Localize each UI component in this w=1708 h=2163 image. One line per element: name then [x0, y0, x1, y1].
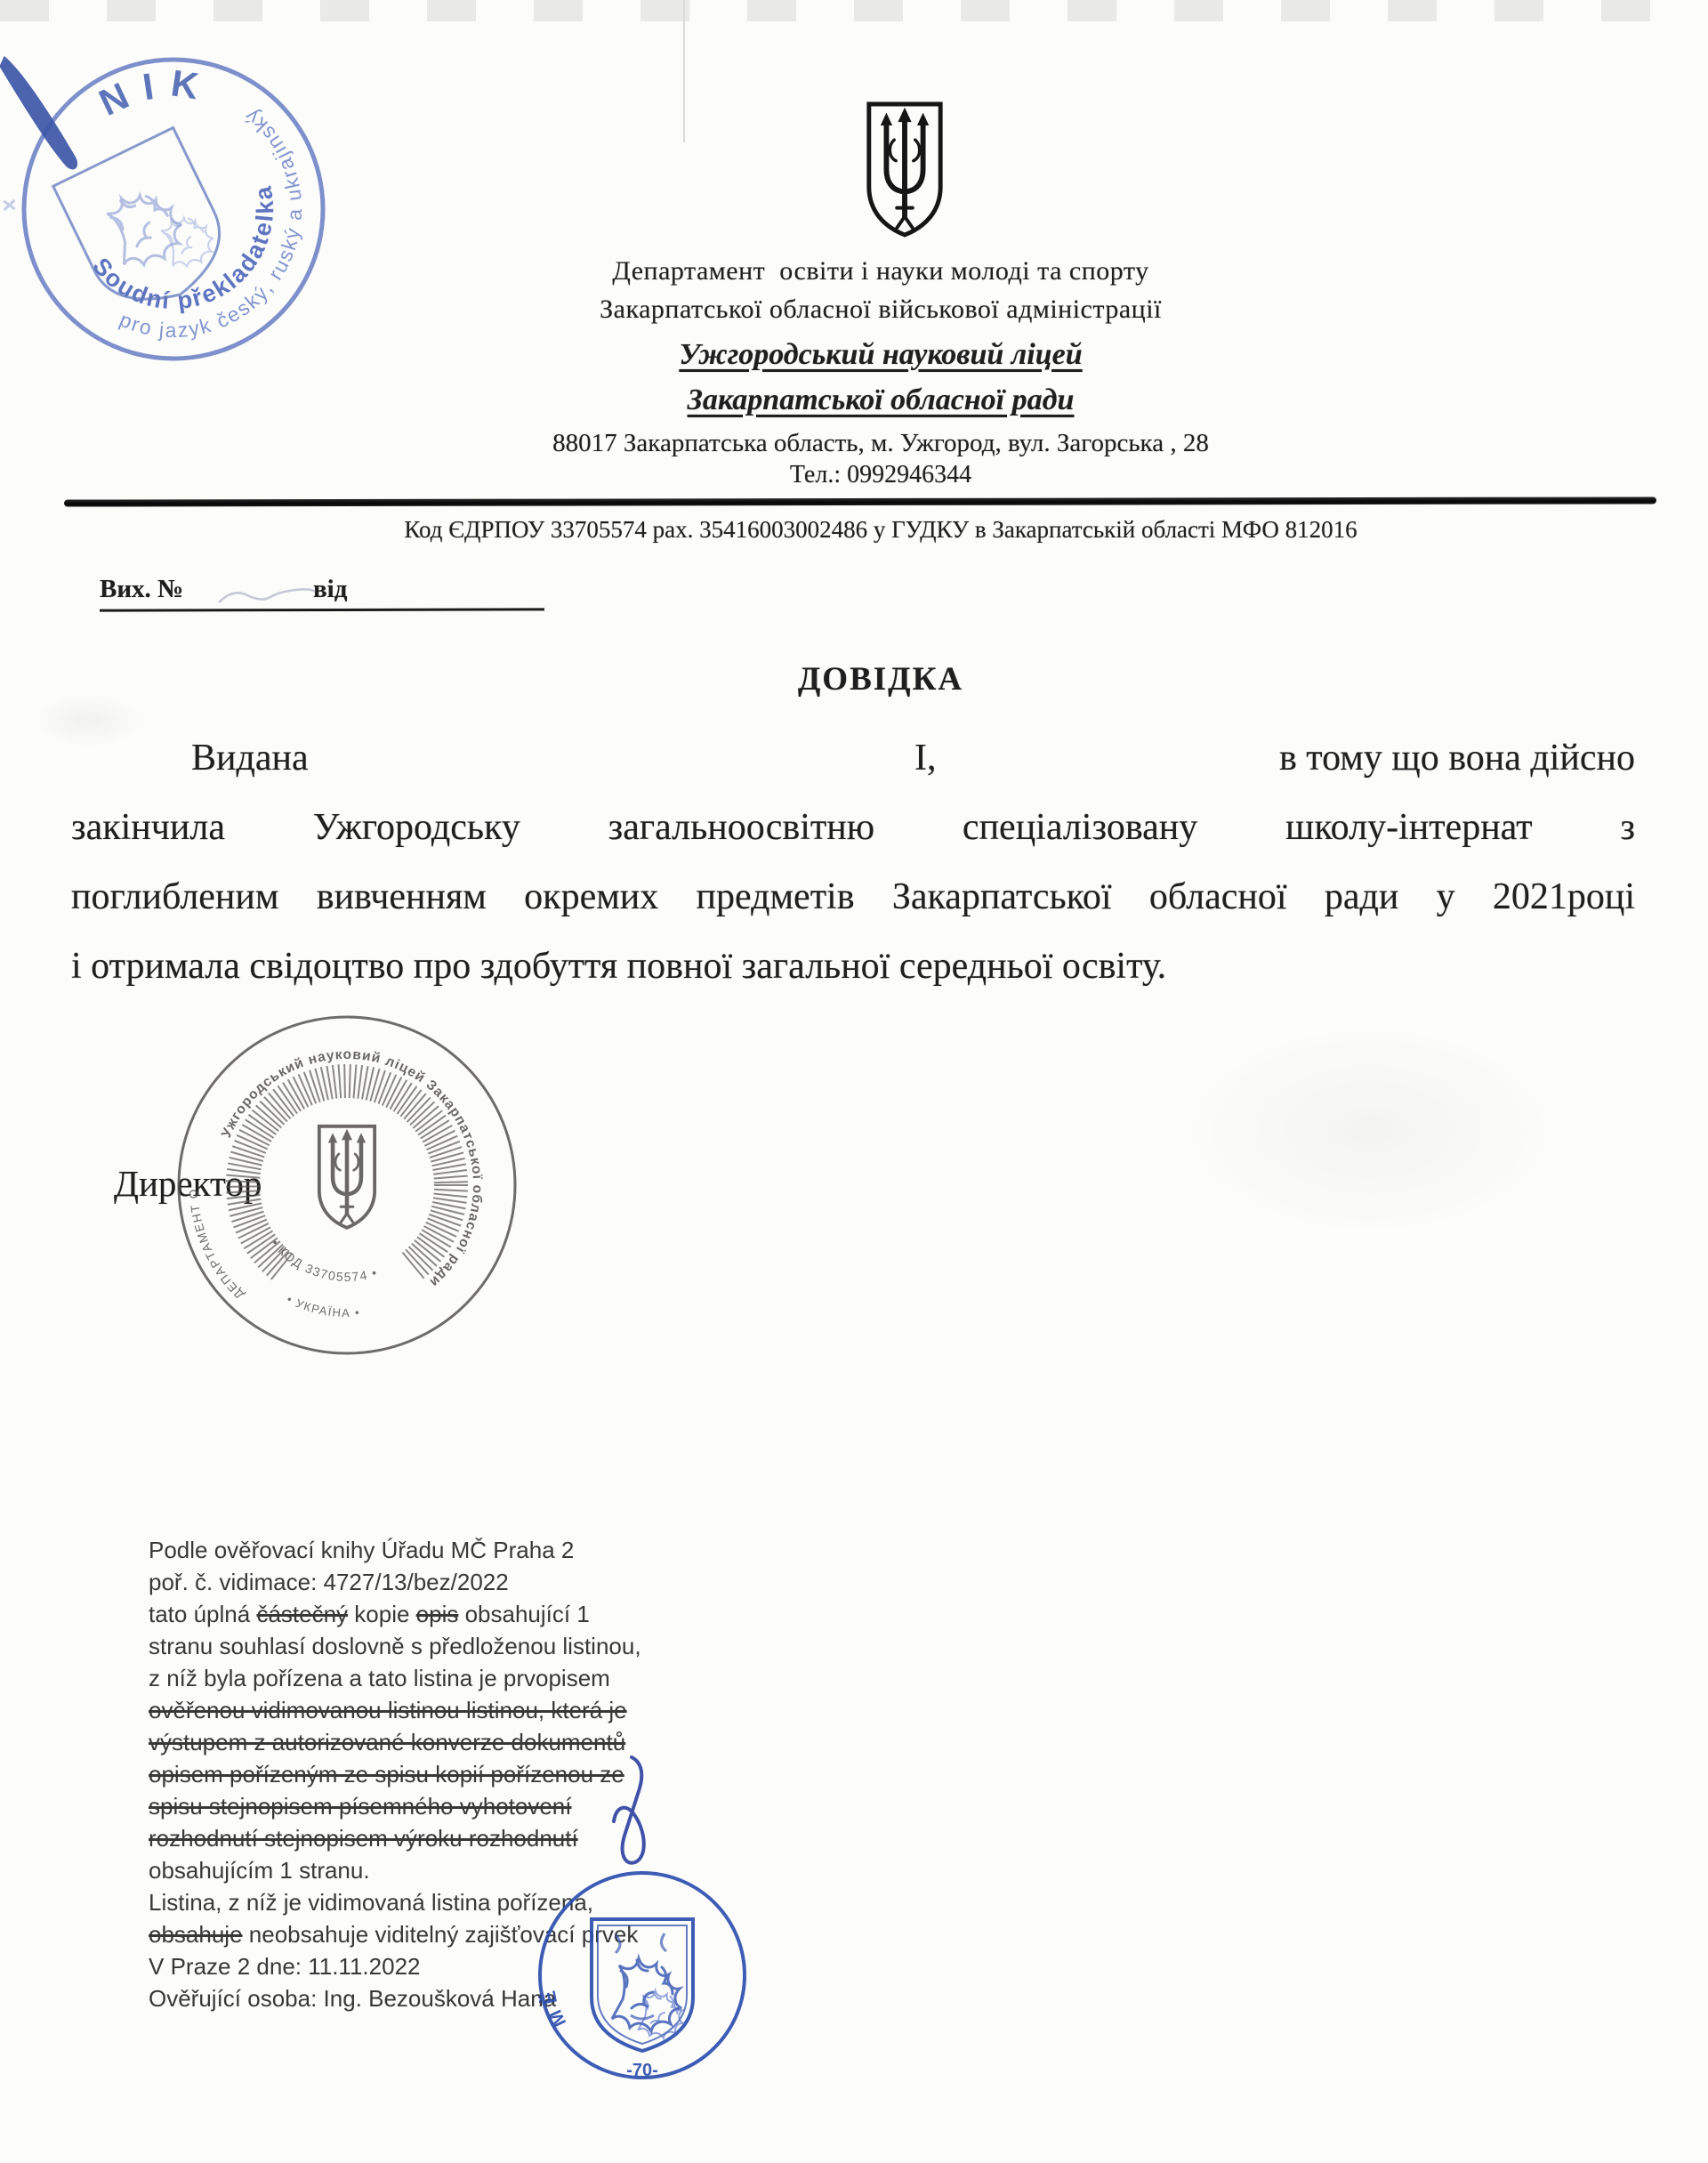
body-line-3: поглибленим вивченням окремих предметів …	[71, 876, 1635, 918]
vidimace-text: z níž byla pořízena a tato listina je pr…	[149, 1665, 610, 1691]
vidimace-line-6: ověřenou vidimovanou listinou listinou, …	[149, 1694, 718, 1726]
paper-crease	[683, 0, 685, 142]
vidimace-text: Ověřující osoba: Ing. Bezoušková Hana	[149, 1985, 556, 2012]
header-dept-line1: Департамент освіти і науки молоді та спо…	[80, 256, 1681, 287]
body-line1-start: Видана	[191, 737, 309, 779]
faint-handwriting	[213, 574, 338, 614]
svg-text:• КОД 33705574 •: • КОД 33705574 •	[269, 1236, 380, 1284]
document-title: ДОВІДКА	[80, 660, 1681, 698]
vidimace-text: kopie	[348, 1601, 416, 1627]
vidimace-text: obsahujícím 1 stranu.	[149, 1857, 370, 1884]
ink-blob	[0, 45, 79, 182]
body-line-4: і отримала свідоцтво про здобуття повної…	[71, 945, 1635, 988]
prague-stamp-number: -70-	[626, 2061, 658, 2080]
vidimace-struck-text: opis	[416, 1601, 459, 1627]
body-line-2: закінчила Ужгородську загальноосвітню сп…	[71, 806, 1635, 849]
scan-smudge	[1183, 1023, 1557, 1237]
vidimace-text: poř. č. vidimace: 4727/13/bez/2022	[149, 1569, 509, 1595]
header-address: 88017 Закарпатська область, м. Ужгород, …	[80, 429, 1681, 458]
vidimace-struck-text: rozhodnutí stejnopisem výroku rozhodnutí	[149, 1825, 578, 1852]
requisites-line: Код ЄДРПОУ 33705574 рах. 35416003002486 …	[80, 516, 1681, 544]
vidimace-struck-text: částečný	[256, 1601, 348, 1627]
vidimace-text: obsahující 1	[458, 1601, 589, 1627]
seal-country-text: • УКРАЇНА •	[285, 1292, 361, 1320]
body-line1-initial: І,	[914, 737, 937, 779]
vidimace-text: Listina, z níž je vidimovaná listina poř…	[149, 1889, 593, 1916]
vidimace-line-2: poř. č. vidimace: 4727/13/bez/2022	[149, 1566, 718, 1598]
seal-code-text: • КОД 33705574 •	[269, 1236, 380, 1284]
body-line1-end: в тому що вона дійсно	[1279, 737, 1635, 779]
vidimace-struck-text: spisu stejnopisem písemného vyhotovení	[149, 1793, 572, 1820]
vidimace-text: tato úplná	[149, 1601, 256, 1627]
vidimace-struck-text: obsahuje	[149, 1921, 243, 1948]
prague-stamp-shield	[592, 1919, 693, 2051]
vidimace-text: stranu souhlasí doslovně s předloženou l…	[149, 1633, 641, 1659]
prague-round-stamp: MĚSTSKÁ ČÁST PRAHA 2 -70-	[531, 1864, 753, 2086]
school-round-seal: ДЕПАРТАМЕНТ ОСВІТИ І НАУКИ, МОЛОДІ ТА СП…	[173, 1012, 520, 1359]
vidimace-line-5: z níž byla pořízena a tato listina je pr…	[149, 1662, 718, 1694]
vidimace-line-1: Podle ověřovací knihy Úřadu MČ Praha 2	[149, 1534, 718, 1566]
vidimace-struck-text: ověřenou vidimovanou listinou listinou, …	[149, 1697, 627, 1723]
vidimace-line-4: stranu souhlasí doslovně s předloženou l…	[149, 1630, 718, 1662]
scan-smudge	[36, 694, 142, 747]
vidimace-text: V Praze 2 dne: 11.11.2022	[149, 1953, 421, 1980]
outgoing-number-label: Вих. №	[100, 575, 183, 604]
svg-text:ДЕПАРТАМЕНТ ОСВІТИ І НАУКИ, МО: ДЕПАРТАМЕНТ ОСВІТИ І НАУКИ, МОЛОДІ ТА СП…	[167, 1001, 246, 1302]
ukraine-trident-emblem	[861, 100, 948, 239]
seal-trident	[319, 1126, 375, 1228]
vidimace-text: Podle ověřovací knihy Úřadu MČ Praha 2	[149, 1537, 574, 1563]
header-dept-line2: Закарпатської обласної військової адміні…	[80, 295, 1681, 325]
vidimace-line-3: tato úplná částečný kopie opis obsahujíc…	[149, 1598, 718, 1630]
separator-rule	[64, 496, 1656, 506]
seal-outer-ring-text: ДЕПАРТАМЕНТ ОСВІТИ І НАУКИ, МОЛОДІ ТА СП…	[167, 1001, 246, 1302]
header-phone: Тел.: 0992946344	[80, 461, 1681, 489]
scanned-document-page: NIK Soudní překladatelka pro jazyk český…	[0, 0, 1708, 2163]
header-school-line1: Ужгородський науковий ліцей	[80, 338, 1681, 372]
header-school-line2: Закарпатської обласної ради	[80, 383, 1681, 417]
handwritten-signature	[534, 1739, 694, 1882]
svg-text:• УКРАЇНА •: • УКРАЇНА •	[285, 1292, 361, 1320]
